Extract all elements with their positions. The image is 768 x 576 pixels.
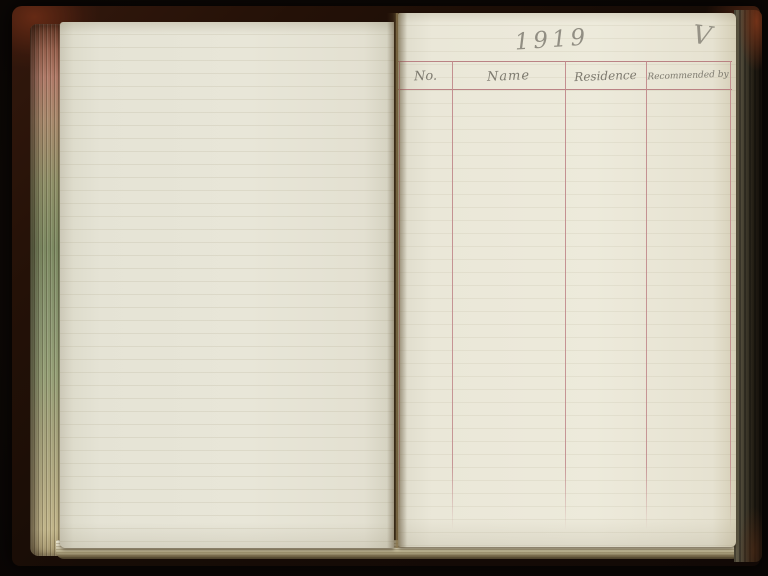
photo-scene: 1919 V No. Name Residence Recommended by	[0, 0, 768, 576]
table-divider-residence-recommended	[646, 61, 647, 530]
column-header-name: Name	[452, 63, 566, 89]
right-cover-edge	[734, 10, 762, 562]
left-fore-edge-pages	[30, 24, 63, 556]
table-divider-no-name	[452, 61, 453, 530]
right-page: 1919 V No. Name Residence Recommended by	[398, 13, 736, 547]
book-gutter-crease	[387, 13, 407, 548]
table-right-border-rule	[730, 61, 731, 530]
column-header-residence: Residence	[565, 64, 647, 89]
table-divider-name-residence	[565, 61, 566, 530]
left-page-blank	[60, 22, 394, 548]
page-mark: V	[684, 18, 720, 54]
column-header-recommended-by: Recommended by	[646, 64, 731, 89]
year-heading: 1919	[481, 20, 623, 60]
